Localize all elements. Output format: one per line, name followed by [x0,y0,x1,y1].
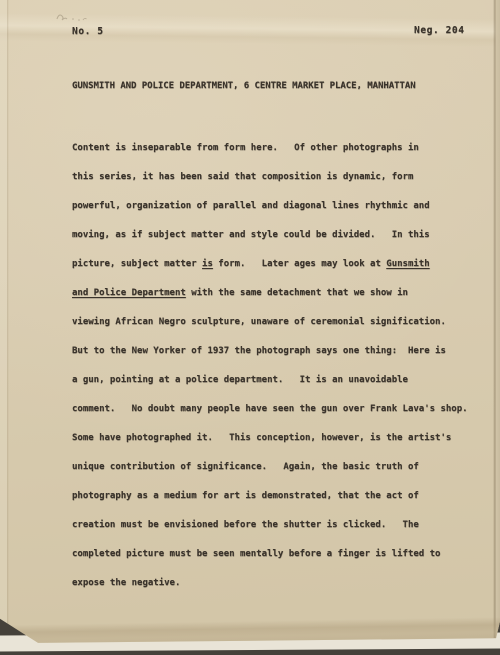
text-segment: photography as a medium for art is demon… [72,491,419,501]
underlined-text: Gunsmith [386,259,429,269]
text-line: this series, it has been said that compo… [72,163,497,192]
text-segment: completed picture must be seen mentally … [72,549,440,559]
underlined-text: is [202,259,213,269]
text-line: expose the negative. [72,569,497,598]
text-line: photography as a medium for art is demon… [72,482,497,511]
typed-page: No. 5 Neg. 204 GUNSMITH AND POLICE DEPAR… [0,0,500,650]
text-line: But to the New Yorker of 1937 the photog… [72,337,497,366]
text-line: completed picture must be seen mentally … [72,540,497,569]
text-segment: picture, subject matter [72,259,202,269]
text-segment: creation must be envisioned before the s… [72,520,419,530]
text-segment: viewing African Negro sculpture, unaware… [72,317,446,327]
text-line: viewing African Negro sculpture, unaware… [72,308,497,337]
document-title: GUNSMITH AND POLICE DEPARTMENT, 6 CENTRE… [72,81,416,91]
text-line: powerful, organization of parallel and d… [72,192,497,221]
text-line: Some have photographed it. This concepti… [72,424,497,453]
text-segment: comment. No doubt many people have seen … [72,404,468,414]
text-segment: expose the negative. [72,578,180,588]
text-line: picture, subject matter is form. Later a… [72,250,497,279]
text-segment: this series, it has been said that compo… [72,172,413,182]
text-segment: powerful, organization of parallel and d… [72,201,430,211]
text-segment: form. Later ages may look at [213,259,386,269]
text-segment: moving, as if subject matter and style c… [72,230,430,240]
negative-number-label: Neg. 204 [414,25,465,36]
page-number-label: No. 5 [72,26,104,37]
text-line: moving, as if subject matter and style c… [72,221,497,250]
text-line: unique contribution of significance. Aga… [72,453,497,482]
text-segment: with the same detachment that we show in [186,288,408,298]
text-line: a gun, pointing at a police department. … [72,366,497,395]
text-segment: unique contribution of significance. Aga… [72,462,419,472]
text-segment: But to the New Yorker of 1937 the photog… [72,346,446,356]
text-line: comment. No doubt many people have seen … [72,395,497,424]
document-photo: No. 5 Neg. 204 GUNSMITH AND POLICE DEPAR… [0,0,500,655]
text-line: and Police Department with the same deta… [72,279,497,308]
paper-crease-left [7,0,9,630]
paper-left-strip [0,0,7,628]
underlined-text: and Police Department [72,288,186,298]
text-segment: Content is inseparable from form here. O… [72,143,419,153]
body-text: Content is inseparable from form here. O… [72,134,497,598]
text-segment: a gun, pointing at a police department. … [72,375,408,385]
text-line: creation must be envisioned before the s… [72,511,497,540]
pencil-scribble-mark [55,10,89,23]
text-segment: Some have photographed it. This concepti… [72,433,451,443]
text-line: Content is inseparable from form here. O… [72,134,497,163]
